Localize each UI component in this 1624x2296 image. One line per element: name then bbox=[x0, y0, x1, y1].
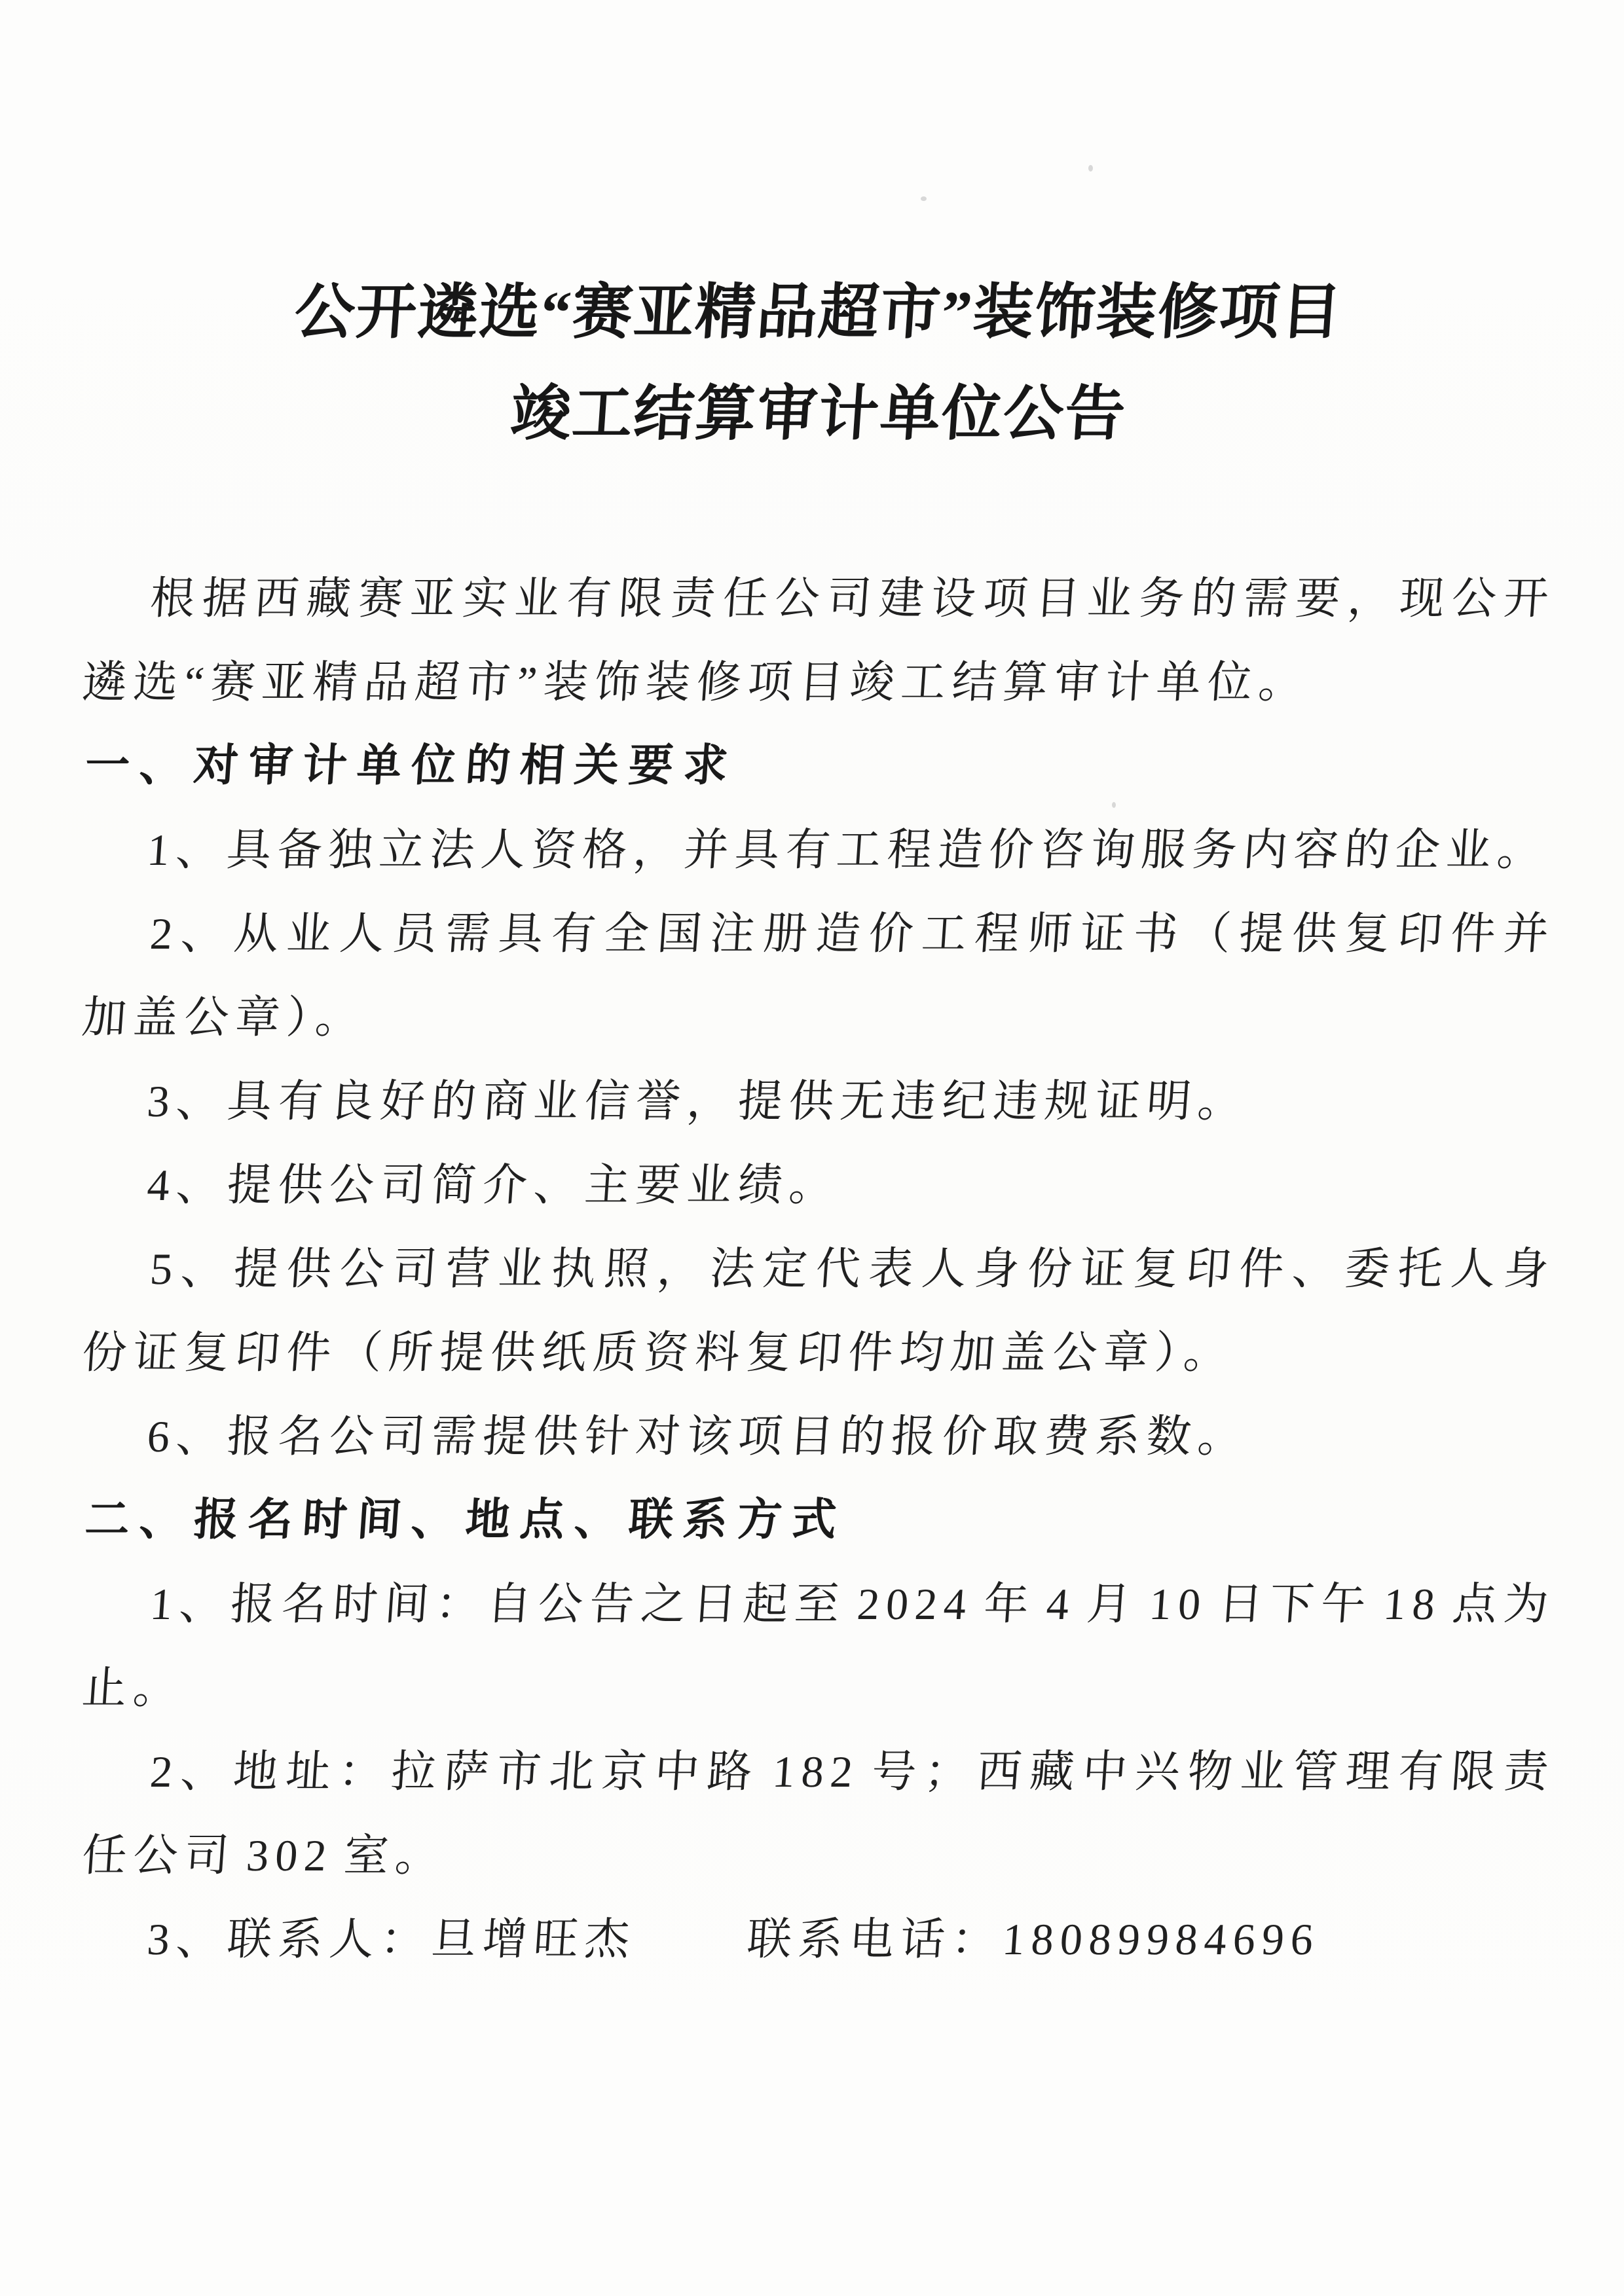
address-item: 2、地址：拉萨市北京中路 182 号；西藏中兴物业管理有限责任公司 302 室。 bbox=[79, 1730, 1558, 1897]
contact-item: 3、联系人：旦增旺杰联系电话：18089984696 bbox=[83, 1897, 1555, 1981]
intro-paragraph: 根据西藏赛亚实业有限责任公司建设项目业务的需要，现公开遴选“赛亚精品超市”装饰装… bbox=[79, 556, 1558, 724]
title-line-2: 竣工结算审计单位公告 bbox=[82, 363, 1556, 465]
contact-phone: 联系电话：18089984696 bbox=[745, 1914, 1321, 1964]
requirement-item-6: 6、报名公司需提供针对该项目的报价取费系数。 bbox=[83, 1394, 1555, 1478]
registration-time-item: 1、报名时间：自公告之日起至 2024 年 4 月 10 日下午 18 点为止。 bbox=[79, 1562, 1558, 1730]
title-line-1: 公开遴选“赛亚精品超市”装饰装修项目 bbox=[82, 262, 1556, 363]
section1-heading: 一、对审计单位的相关要求 bbox=[83, 724, 1555, 808]
requirement-item-5: 5、提供公司营业执照，法定代表人身份证复印件、委托人身份证复印件（所提供纸质资料… bbox=[79, 1227, 1558, 1394]
section2-heading: 二、报名时间、地点、联系方式 bbox=[83, 1478, 1555, 1562]
scan-speck bbox=[1088, 165, 1093, 172]
scan-speck bbox=[921, 196, 927, 201]
requirement-item-3: 3、具有良好的商业信誉，提供无违纪违规证明。 bbox=[83, 1059, 1555, 1143]
document-body: 根据西藏赛亚实业有限责任公司建设项目业务的需要，现公开遴选“赛亚精品超市”装饰装… bbox=[85, 556, 1552, 1981]
requirement-item-4: 4、提供公司简介、主要业绩。 bbox=[83, 1143, 1555, 1227]
document-content: 公开遴选“赛亚精品超市”装饰装修项目 竣工结算审计单位公告 根据西藏赛亚实业有限… bbox=[0, 0, 1624, 1981]
requirement-item-2: 2、从业人员需具有全国注册造价工程师证书（提供复印件并加盖公章）。 bbox=[79, 892, 1558, 1059]
requirement-item-1: 1、具备独立法人资格，并具有工程造价咨询服务内容的企业。 bbox=[83, 808, 1555, 892]
document-title: 公开遴选“赛亚精品超市”装饰装修项目 竣工结算审计单位公告 bbox=[85, 262, 1552, 465]
scanned-document-page: 公开遴选“赛亚精品超市”装饰装修项目 竣工结算审计单位公告 根据西藏赛亚实业有限… bbox=[0, 0, 1624, 2296]
contact-person: 3、联系人：旦增旺杰 bbox=[145, 1914, 637, 1964]
